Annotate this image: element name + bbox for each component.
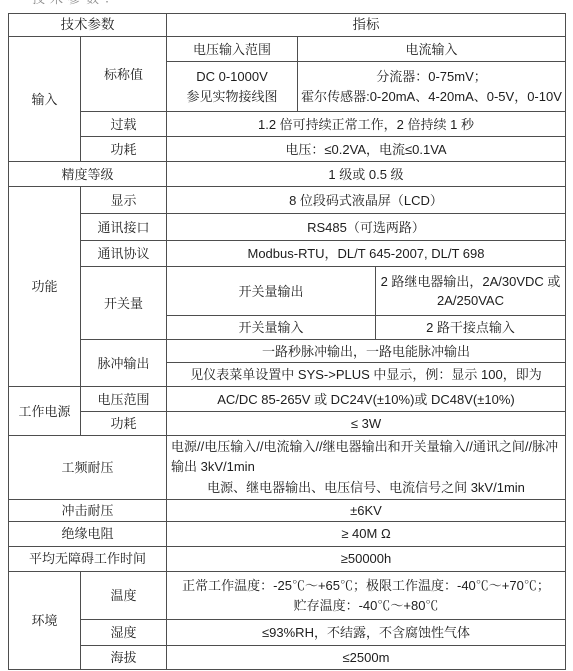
accuracy-value: 1 级或 0.5 级 (167, 162, 566, 187)
accuracy-label: 精度等级 (9, 162, 167, 187)
switch-output-value: 2 路继电器输出，2A/30VDC 或 2A/250VAC (376, 267, 566, 316)
pulse-output-line2: 见仪表菜单设置中 SYS->PLUS 中显示，例：显示 100，即为 (167, 363, 566, 387)
voltage-range-header: 电压输入范围 (167, 37, 298, 62)
mtbf-label: 平均无障碍工作时间 (9, 547, 167, 572)
power-freq-withstand-label: 工频耐压 (9, 436, 167, 499)
row-altitude: 海拔 ≤2500m (9, 646, 566, 670)
pulse-output-label: 脉冲输出 (81, 340, 167, 387)
power-freq-withstand-line2: 电源、继电器输出、电压信号、电流信号之间 3kV/1min (171, 478, 561, 498)
document-page: 技术参数： 技术参数 指标 输入 标称值 电压输入范围 电流输入 DC 0-10… (0, 0, 573, 671)
mtbf-value: ≥50000h (167, 547, 566, 572)
nominal-label: 标称值 (81, 37, 167, 112)
header-indicator: 指标 (167, 14, 566, 37)
temperature-label: 温度 (81, 572, 167, 620)
row-power-consumption: 功耗 ≤ 3W (9, 412, 566, 436)
overload-label: 过载 (81, 112, 167, 137)
current-input-value-line1: 分流器：0-75mV； (300, 67, 563, 87)
clipped-heading-remnant: 技术参数： (32, 0, 152, 5)
voltage-range-value-line2: 参见实物接线图 (171, 87, 293, 107)
table-header-row: 技术参数 指标 (9, 14, 566, 37)
row-mtbf: 平均无障碍工作时间 ≥50000h (9, 547, 566, 572)
row-comm-interface: 通讯接口 RS485（可选两路） (9, 214, 566, 241)
insulation-resistance-label: 绝缘电阻 (9, 522, 167, 547)
spec-table: 技术参数 指标 输入 标称值 电压输入范围 电流输入 DC 0-1000V 参见… (8, 13, 566, 670)
category-environment-label: 环境 (9, 572, 81, 670)
input-power-consumption-value: 电压：≤0.2VA，电流≤0.1VA (167, 137, 566, 162)
temperature-line1: 正常工作温度：-25℃～+65℃；极限工作温度：-40℃～+70℃； (169, 576, 563, 596)
power-consumption-value: ≤ 3W (167, 412, 566, 436)
clipped-heading-text: 技术参数： (32, 0, 152, 5)
header-tech-params: 技术参数 (9, 14, 167, 37)
power-voltage-range-label: 电压范围 (81, 387, 167, 412)
display-label: 显示 (81, 187, 167, 214)
row-power-voltage-range: 工作电源 电压范围 AC/DC 85-265V 或 DC24V(±10%)或 D… (9, 387, 566, 412)
row-display: 功能 显示 8 位段码式液晶屏（LCD） (9, 187, 566, 214)
row-accuracy: 精度等级 1 级或 0.5 级 (9, 162, 566, 187)
switch-output-label: 开关量输出 (167, 267, 376, 316)
power-consumption-label: 功耗 (81, 412, 167, 436)
voltage-range-value: DC 0-1000V 参见实物接线图 (167, 62, 298, 112)
row-overload: 过载 1.2 倍可持续正常工作，2 倍持续 1 秒 (9, 112, 566, 137)
row-power-freq-withstand: 工频耐压 电源//电压输入//电流输入//继电器输出和开关量输入//通讯之间//… (9, 436, 566, 499)
row-temperature: 环境 温度 正常工作温度：-25℃～+65℃；极限工作温度：-40℃～+70℃；… (9, 572, 566, 620)
current-input-value: 分流器：0-75mV； 霍尔传感器:0-20mA、4-20mA、0-5V，0-1… (298, 62, 566, 112)
comm-protocol-label: 通讯协议 (81, 241, 167, 267)
insulation-resistance-value: ≥ 40M Ω (167, 522, 566, 547)
comm-protocol-value: Modbus-RTU，DL/T 645-2007, DL/T 698 (167, 241, 566, 267)
pulse-output-line1: 一路秒脉冲输出，一路电能脉冲输出 (167, 340, 566, 363)
category-input-label: 输入 (9, 37, 81, 162)
temperature-line2: 贮存温度：-40℃～+80℃ (169, 596, 563, 616)
switch-input-label: 开关量输入 (167, 316, 376, 340)
overload-value: 1.2 倍可持续正常工作，2 倍持续 1 秒 (167, 112, 566, 137)
row-comm-protocol: 通讯协议 Modbus-RTU，DL/T 645-2007, DL/T 698 (9, 241, 566, 267)
switch-io-label: 开关量 (81, 267, 167, 340)
impulse-withstand-value: ±6KV (167, 499, 566, 522)
humidity-label: 湿度 (81, 620, 167, 646)
current-input-value-line2: 霍尔传感器:0-20mA、4-20mA、0-5V，0-10V (300, 87, 563, 107)
power-voltage-range-value: AC/DC 85-265V 或 DC24V(±10%)或 DC48V(±10%) (167, 387, 566, 412)
row-humidity: 湿度 ≤93%RH，不结露，不含腐蚀性气体 (9, 620, 566, 646)
current-input-header: 电流输入 (298, 37, 566, 62)
voltage-range-value-line1: DC 0-1000V (171, 67, 293, 87)
row-nominal-headers: 输入 标称值 电压输入范围 电流输入 (9, 37, 566, 62)
comm-interface-value: RS485（可选两路） (167, 214, 566, 241)
row-impulse-withstand: 冲击耐压 ±6KV (9, 499, 566, 522)
row-input-power-consumption: 功耗 电压：≤0.2VA，电流≤0.1VA (9, 137, 566, 162)
input-power-consumption-label: 功耗 (81, 137, 167, 162)
category-function-label: 功能 (9, 187, 81, 387)
comm-interface-label: 通讯接口 (81, 214, 167, 241)
humidity-value: ≤93%RH，不结露，不含腐蚀性气体 (167, 620, 566, 646)
category-working-power-label: 工作电源 (9, 387, 81, 436)
display-value: 8 位段码式液晶屏（LCD） (167, 187, 566, 214)
altitude-label: 海拔 (81, 646, 167, 670)
impulse-withstand-label: 冲击耐压 (9, 499, 167, 522)
row-insulation-resistance: 绝缘电阻 ≥ 40M Ω (9, 522, 566, 547)
row-switch-output: 开关量 开关量输出 2 路继电器输出，2A/30VDC 或 2A/250VAC (9, 267, 566, 316)
temperature-value: 正常工作温度：-25℃～+65℃；极限工作温度：-40℃～+70℃； 贮存温度：… (167, 572, 566, 620)
row-pulse-output-1: 脉冲输出 一路秒脉冲输出，一路电能脉冲输出 (9, 340, 566, 363)
switch-input-value: 2 路干接点输入 (376, 316, 566, 340)
altitude-value: ≤2500m (167, 646, 566, 670)
power-freq-withstand-line1: 电源//电压输入//电流输入//继电器输出和开关量输入//通讯之间//脉冲输出 … (171, 437, 561, 477)
power-freq-withstand-value: 电源//电压输入//电流输入//继电器输出和开关量输入//通讯之间//脉冲输出 … (167, 436, 566, 499)
